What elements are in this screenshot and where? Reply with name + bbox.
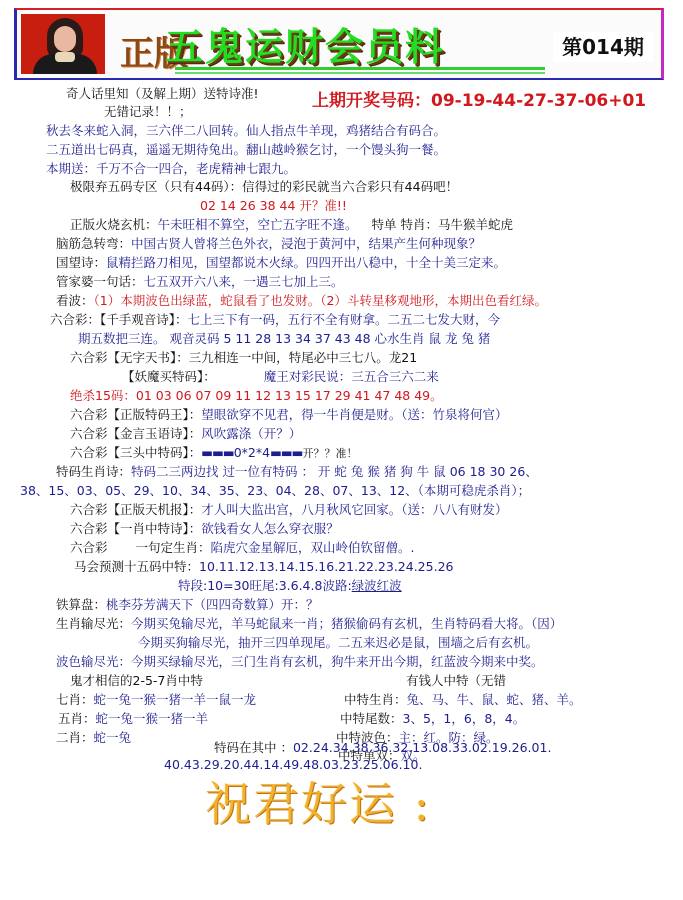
santou-section: 六合彩【三头中特码】：▬▬▬0*2*4▬▬▬开？？准！ bbox=[70, 443, 358, 461]
suanpan-section: 铁算盘：桃李芬芳满天下（四四奇数算）开：？ bbox=[56, 595, 319, 613]
poem-line: 秋去冬来蛇入洞，三六伴二八回转。仙人指点牛羊现，鸡猪结合有码合。 bbox=[46, 121, 446, 139]
title-underline bbox=[175, 67, 545, 70]
riddle-section: 脑筋急转弯：中国古贤人曾将兰色外衣，浸泡于黄河中，结果产生何种现象？ bbox=[56, 234, 481, 252]
wave-section: 看波：（1）本期波色出绿蓝，蛇鼠看了也发财。（2）斗转星移观地形，本期出色看红绿… bbox=[56, 291, 547, 309]
housekeeper-section: 管家婆一句话：七五双开六八来，一遇三七加上三。 bbox=[56, 272, 344, 290]
ghost-row: 二肖：蛇一兔 bbox=[56, 728, 131, 746]
teduan-section: 特段:10=30旺尾:3.6.4.8波路:绿波红波 bbox=[178, 576, 402, 594]
intro-line: 奇人话里知（及解上期）送特诗准! bbox=[66, 84, 259, 102]
shengxiao-poem-section: 特码生肖诗：特码二三两边找 过一位有特码 ： 开 蛇 兔 猴 猪 狗 牛 鼠 0… bbox=[56, 462, 538, 480]
poem-line: 二五道出七码真，遥遥无期待兔出。翻山越岭猴乞讨，一个馒头狗一餐。 bbox=[46, 140, 446, 158]
last-draw: 上期开奖号码：09-19-44-27-37-06+01 bbox=[312, 86, 646, 111]
gift-text: 千万不合一四合，老虎精神七跟九。 bbox=[96, 161, 296, 176]
ghost-row: 七肖：蛇一兔一猴一猪一羊一鼠一龙 bbox=[56, 690, 256, 708]
last-draw-label: 上期开奖号码： bbox=[312, 91, 431, 111]
last-draw-numbers: 09-19-44-27-37-06+01 bbox=[431, 91, 646, 111]
intro-line: 无错记录！！； bbox=[104, 102, 192, 120]
gift-label: 本期送： bbox=[46, 161, 96, 176]
guanyin-line2: 期五数把三连。 观音灵码 5 11 28 13 34 37 43 48 心水生肖… bbox=[78, 329, 490, 347]
jinyan-section: 六合彩【金言玉语诗】：风吹露涤（开？） bbox=[70, 424, 301, 442]
mahui-section: 马会预测十五码中特：10.11.12.13.14.15.16.21.22.23.… bbox=[74, 557, 453, 575]
tianji-section: 六合彩【正版天机报】：才人叫大监出宫，八月秋风它回家。（送：八八有财发） bbox=[70, 500, 508, 518]
issue-number: 第014期 bbox=[553, 32, 653, 62]
rich-title: 有钱人中特（无错 bbox=[406, 671, 506, 689]
sx-lose-line2: 今期买狗输尽光，抽开三四单现尾。二五来迟必是鼠，围墙之后有玄机。 bbox=[138, 633, 538, 651]
ghost-row: 五肖：蛇一兔一猴一猪一羊 bbox=[58, 709, 208, 727]
sx-lose-section: 生肖输尽光：今期买兔输尽光，羊马蛇鼠来一肖；猪猴偷码有玄机，生肖特码看大将。（因… bbox=[56, 614, 562, 632]
yixiao-section: 六合彩【一肖中特诗】：欲钱看女人怎么穿衣服？ bbox=[70, 519, 339, 537]
title-underline bbox=[175, 72, 545, 74]
bose-lose-section: 波色输尽光：今期买绿输尽光，三门生肖有玄机，狗牛来开出今期，红蓝波今期来中奖。 bbox=[56, 652, 544, 670]
shengxiao-poem-line2: 38、15、03、05、29、10、34、35、23、04、28、07、13、1… bbox=[20, 481, 530, 499]
rich-row: 中特尾数：3、5，1，6，8，4。 bbox=[340, 709, 525, 727]
fire-section: 正版火烧玄机：午未旺相不算空，空亡五字旺不逢。 特单 特肖：马牛猴羊蛇虎 bbox=[70, 215, 513, 233]
yaomo-section: 【妖魔买特码】：魔王对彩民说：三五合三六二来 bbox=[122, 367, 439, 385]
abandon-numbers: 02 14 26 38 44 开？准!! bbox=[200, 196, 347, 214]
yiju-section: 六合彩一句定生肖：陷虎穴金星解厄，双山岭伯钦留僧。. bbox=[70, 538, 415, 556]
kill-section: 绝杀15码：01 03 06 07 09 11 12 13 15 17 29 4… bbox=[70, 386, 443, 404]
header-banner: 正版 五鬼运财会员料 第014期 bbox=[14, 8, 664, 80]
page-title: 五鬼运财会员料 bbox=[165, 16, 445, 71]
special-section: 特码在其中 ：02.24.34.38.36.32.13.08.33.02.19.… bbox=[214, 738, 551, 756]
blessing-text: 祝君好运 : bbox=[205, 768, 431, 834]
ghost-title: 鬼才相信的2-5-7肖中特 bbox=[70, 671, 203, 689]
gift-line: 本期送：千万不合一四合，老虎精神七跟九。 bbox=[46, 159, 296, 177]
rich-row: 中特生肖：兔、马、牛、鼠、蛇、猪、羊。 bbox=[344, 690, 582, 708]
abandon-title: 极限弃五码专区（只有44码）：信得过的彩民就当六合彩只有44码吧！ bbox=[70, 177, 458, 195]
wuzi-section: 六合彩【无字天书】：三九相连一中间，特尾必中三七八。龙21 bbox=[70, 348, 417, 366]
guowang-section: 国望诗：鼠精拦路刀相见，国望都说木火绿。四四开出八稳中，十全十美三定来。 bbox=[56, 253, 506, 271]
guanyin-section: 六合彩：【千手观音诗】：七上三下有一码，五行不全有财拿。二五二七发大财，今 bbox=[50, 310, 500, 328]
avatar-photo bbox=[21, 14, 105, 74]
tema-wang-section: 六合彩【正版特码王】：望眼欲穿不见君，得一牛肖便是财。（送：竹泉将何官） bbox=[70, 405, 508, 423]
